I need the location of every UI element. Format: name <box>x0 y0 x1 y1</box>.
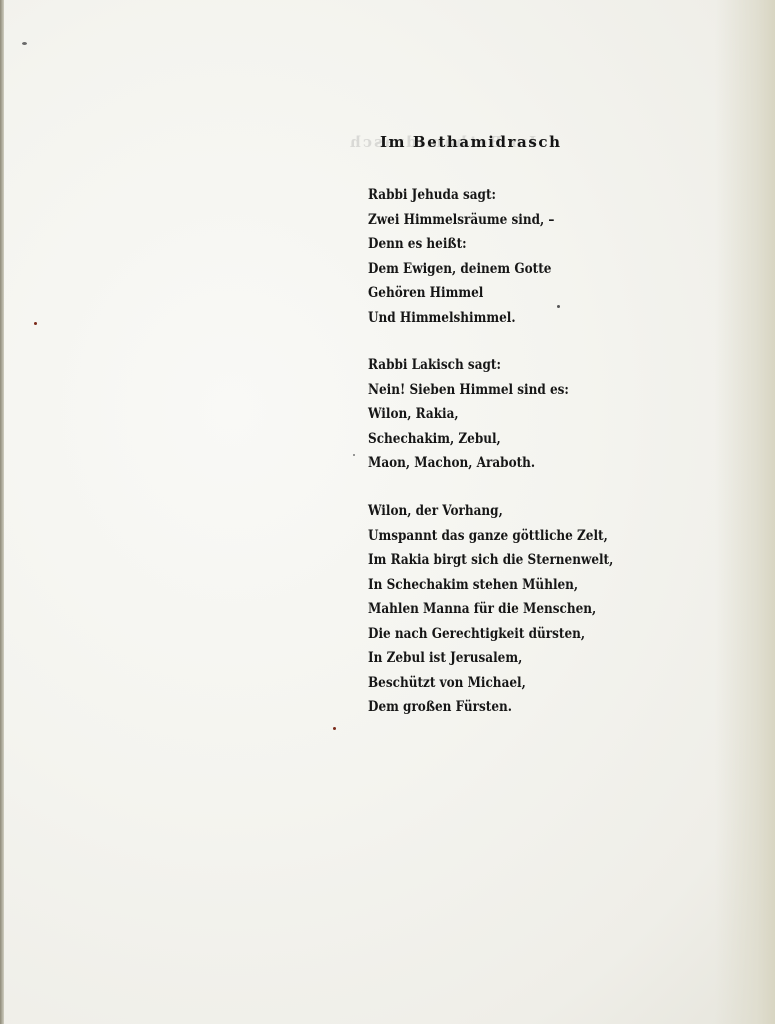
paper-speck <box>333 727 336 730</box>
paper-speck <box>557 305 560 308</box>
poem-line: Im Rakia birgt sich die Sternenwelt, <box>368 548 613 573</box>
poem-line: Die nach Gerechtigkeit dürsten, <box>368 622 613 647</box>
poem-line: Dem großen Fürsten. <box>368 695 613 720</box>
poem-line: Wilon, der Vorhang, <box>368 499 613 524</box>
poem-line: In Zebul ist Jerusalem, <box>368 646 613 671</box>
poem-line: Nein! Sieben Himmel sind es: <box>368 378 569 403</box>
page-right-edge-shadow <box>715 0 775 1024</box>
poem-line: Rabbi Jehuda sagt: <box>368 183 554 208</box>
page-left-edge <box>0 0 4 1024</box>
poem-line: Wilon, Rakia, <box>368 402 569 427</box>
poem-line: Gehören Himmel <box>368 281 554 306</box>
paper-speck <box>34 322 37 325</box>
poem-line: In Schechakim stehen Mühlen, <box>368 573 613 598</box>
poem-line: Rabbi Lakisch sagt: <box>368 353 569 378</box>
stanza-2: Rabbi Lakisch sagt: Nein! Sieben Himmel … <box>368 353 602 476</box>
stanza-3: Wilon, der Vorhang, Umspannt das ganze g… <box>368 499 653 720</box>
poem-line: Beschützt von Michael, <box>368 671 613 696</box>
poem-line: Zwei Himmelsräume sind, – <box>368 208 554 233</box>
poem-line: Dem Ewigen, deinem Gotte <box>368 257 554 282</box>
paper-speck <box>353 454 355 456</box>
poem-line: Mahlen Manna für die Menschen, <box>368 597 613 622</box>
paper-speck <box>22 42 27 45</box>
poem-line: Maon, Machon, Araboth. <box>368 451 569 476</box>
poem-title: Im Bethamidrasch <box>380 133 562 151</box>
book-page: Im Bethamidrasch Im Bethamidrasch Rabbi … <box>0 0 775 1024</box>
poem-line: Denn es heißt: <box>368 232 554 257</box>
stanza-1: Rabbi Jehuda sagt: Zwei Himmelsräume sin… <box>368 183 585 330</box>
poem-line: Umspannt das ganze göttliche Zelt, <box>368 524 613 549</box>
poem-line: Schechakim, Zebul, <box>368 427 569 452</box>
poem-line: Und Himmelshimmel. <box>368 306 554 331</box>
